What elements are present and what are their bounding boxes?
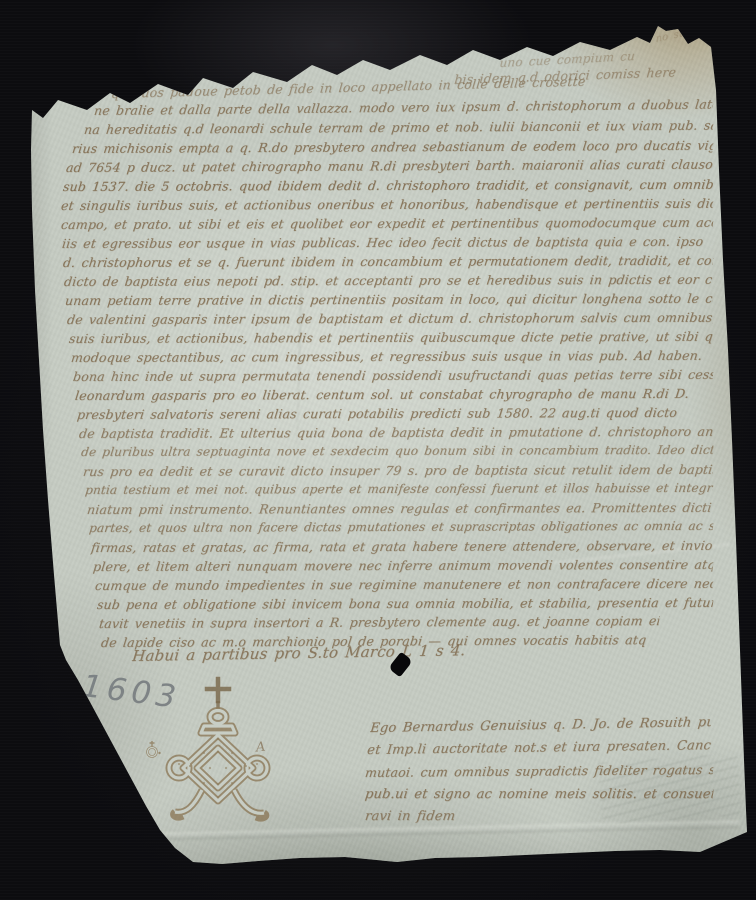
manuscript-line: et Imp.li auctoritate not.s et iura pres… — [366, 738, 712, 761]
manuscript-line: pub.ui et signo ac nomine meis solitis. … — [364, 787, 714, 805]
ink-layer-subscription: Ego Bernardus Genuisius q. D. Jo. de Ros… — [0, 0, 756, 900]
photograph-of-parchment-deed: no supuno cue compium cubis idem q.d odo… — [0, 0, 756, 900]
parchment-sheet: no supuno cue compium cubis idem q.d odo… — [0, 0, 756, 900]
manuscript-line: mutaoi. cum omnibus supradictis fidelite… — [364, 762, 714, 783]
manuscript-line: ravi in fidem — [364, 809, 496, 827]
manuscript-line: Ego Bernardus Genuisius q. D. Jo. de Ros… — [369, 715, 712, 739]
